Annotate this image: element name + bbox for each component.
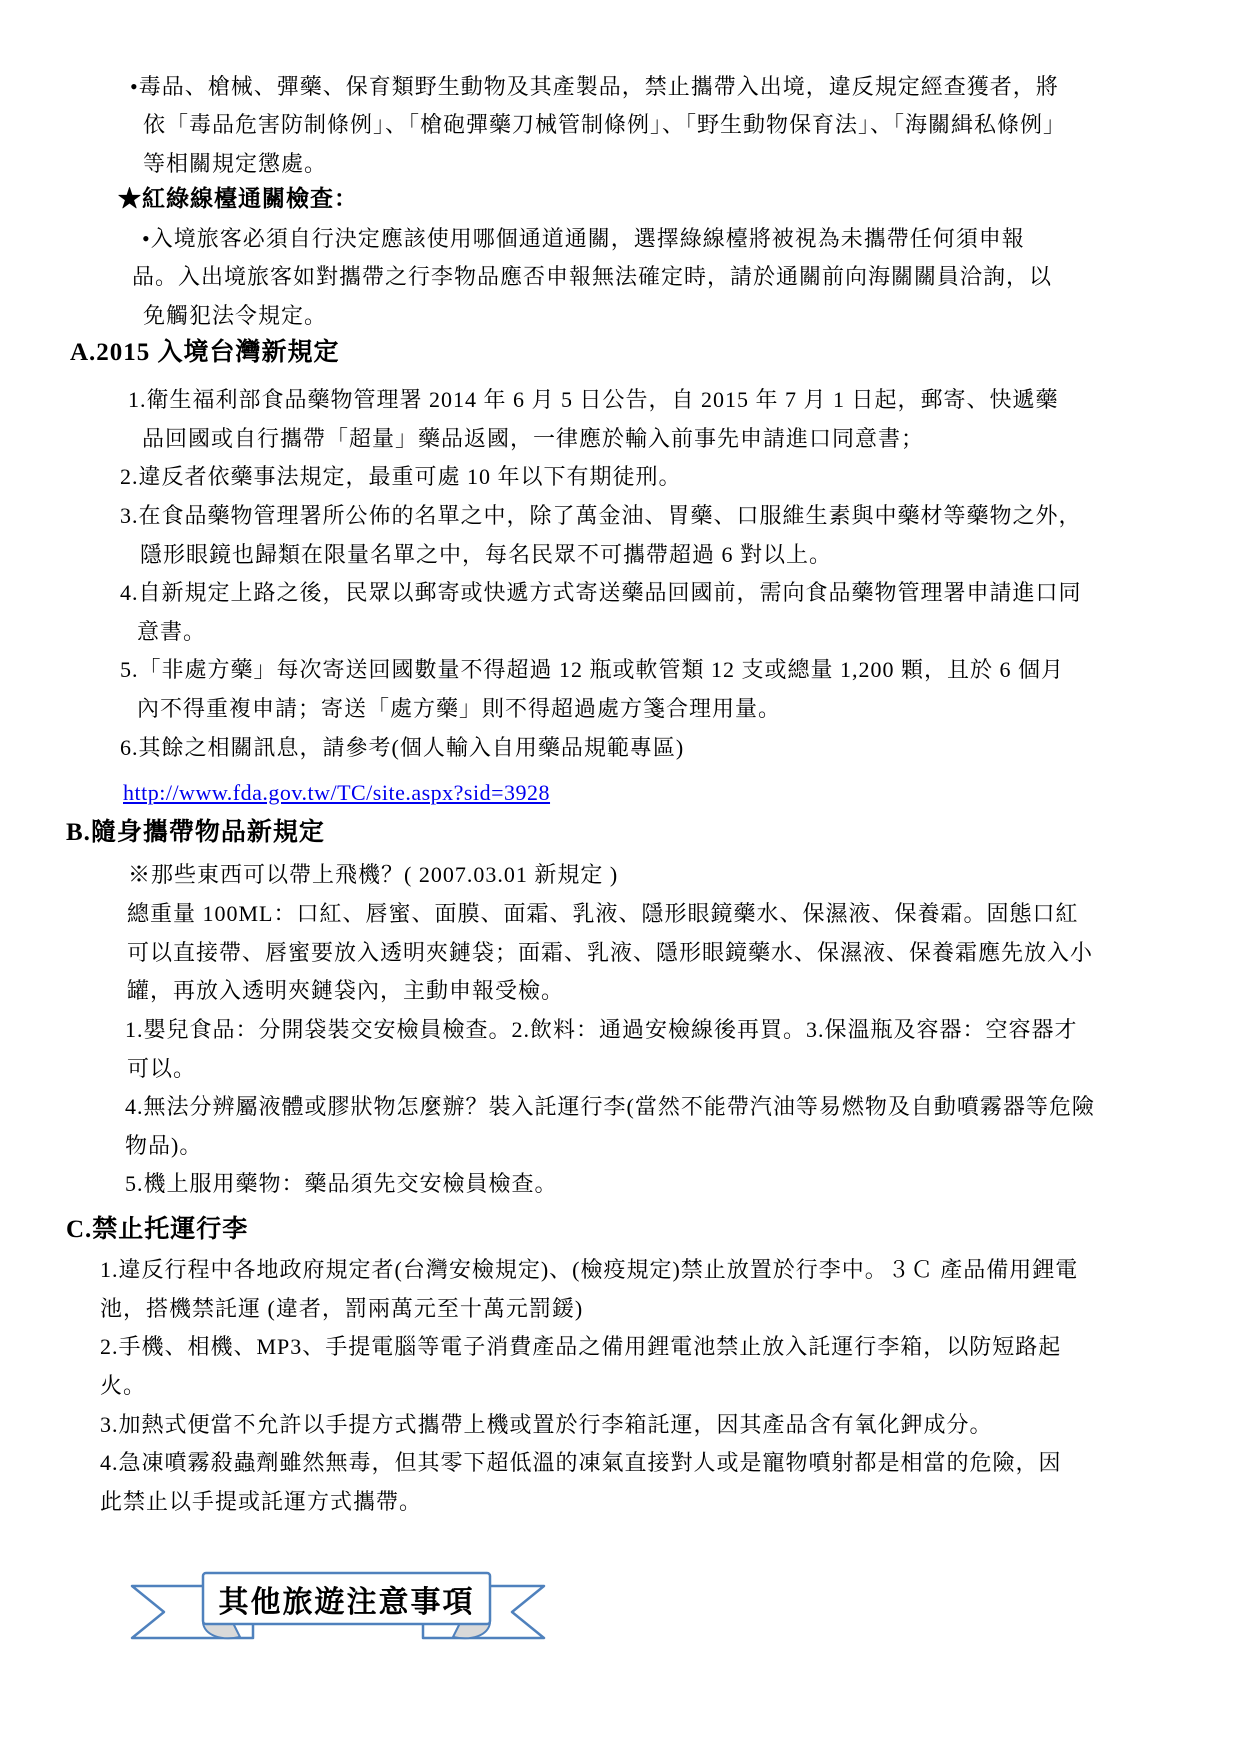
section-a-line-4: 3.在食品藥物管理署所公佈的名單之中，除了萬金油、胃藥、口服維生素與中藥材等藥物…: [120, 501, 1082, 531]
section-b-line-4: 罐，再放入透明夾鏈袋內，主動申報受檢。: [127, 976, 564, 1006]
other-notes-banner: 其他旅遊注意事項: [118, 1566, 558, 1646]
intro-bullet-line-3: 等相關規定懲處。: [143, 149, 327, 179]
section-c-line-4: 火。: [100, 1371, 146, 1401]
section-c-line-7: 此禁止以手提或託運方式攜帶。: [100, 1487, 422, 1517]
section-b-line-9: 5.機上服用藥物：藥品須先交安檢員檢查。: [125, 1169, 558, 1199]
section-b-line-5: 1.嬰兒食品：分開袋裝交安檢員檢查。2.飲料：通過安檢線後再買。3.保溫瓶及容器…: [125, 1015, 1078, 1045]
section-b-line-8: 物品)。: [125, 1131, 202, 1161]
document-page: •毒品、槍械、彈藥、保育類野生動物及其產製品，禁止攜帶入出境，違反規定經查獲者，…: [0, 0, 1241, 1755]
section-a-heading: A.2015 入境台灣新規定: [70, 337, 340, 369]
section-a-line-10: 6.其餘之相關訊息，請參考(個人輸入自用藥品規範專區): [120, 733, 684, 763]
banner-title: 其他旅遊注意事項: [203, 1573, 490, 1624]
channel-check-line-3: 免觸犯法令規定。: [143, 301, 327, 331]
section-a-line-8: 5.「非處方藥」每次寄送回國數量不得超過 12 瓶或軟管類 12 支或總量 1,…: [120, 655, 1064, 685]
section-c-heading: C.禁止托運行李: [66, 1214, 248, 1246]
section-c-line-6: 4.急凍噴霧殺蟲劑雖然無毒，但其零下超低溫的凍氣直接對人或是寵物噴射都是相當的危…: [100, 1448, 1062, 1478]
section-b-heading: B.隨身攜帶物品新規定: [66, 817, 325, 849]
channel-check-heading: ★紅綠線檯通關檢查：: [118, 184, 358, 214]
section-a-line-2: 品回國或自行攜帶「超量」藥品返國，一律應於輸入前事先申請進口同意書；: [142, 424, 924, 454]
channel-check-line-1: •入境旅客必須自行決定應該使用哪個通道通關，選擇綠線檯將被視為未攜帶任何須申報: [142, 224, 1025, 254]
section-c-line-1: 1.違反行程中各地政府規定者(台灣安檢規定)、(檢疫規定)禁止放置於行李中。３Ｃ…: [100, 1255, 1078, 1285]
section-a-line-9: 內不得重複申請；寄送「處方藥」則不得超過處方箋合理用量。: [137, 694, 781, 724]
section-c-line-2: 池，搭機禁託運 (違者，罰兩萬元至十萬元罰鍰): [100, 1294, 583, 1324]
section-b-line-7: 4.無法分辨屬液體或膠狀物怎麼辦？裝入託運行李(當然不能帶汽油等易燃物及自動噴霧…: [125, 1092, 1095, 1122]
section-a-line-7: 意書。: [137, 617, 206, 647]
channel-check-line-2: 品。入出境旅客如對攜帶之行李物品應否申報無法確定時，請於通關前向海關關員洽詢，以: [132, 262, 1052, 292]
section-c-line-5: 3.加熱式便當不允許以手提方式攜帶上機或置於行李箱託運，因其產品含有氧化鉀成分。: [100, 1410, 993, 1440]
section-b-line-3: 可以直接帶、唇蜜要放入透明夾鏈袋；面霜、乳液、隱形眼鏡藥水、保濕液、保養霜應先放…: [127, 938, 1093, 968]
section-b-line-1: ※那些東西可以帶上飛機？( 2007.03.01 新規定 ): [128, 860, 618, 890]
section-b-line-6: 可以。: [127, 1054, 196, 1084]
fda-link[interactable]: http://www.fda.gov.tw/TC/site.aspx?sid=3…: [123, 778, 550, 808]
section-b-line-2: 總重量 100ML：口紅、唇蜜、面膜、面霜、乳液、隱形眼鏡藥水、保濕液、保養霜。…: [127, 899, 1079, 929]
intro-bullet-line-1: •毒品、槍械、彈藥、保育類野生動物及其產製品，禁止攜帶入出境，違反規定經查獲者，…: [130, 72, 1059, 102]
section-a-line-5: 隱形眼鏡也歸類在限量名單之中，每名民眾不可攜帶超過 6 對以上。: [140, 540, 832, 570]
section-a-line-6: 4.自新規定上路之後，民眾以郵寄或快遞方式寄送藥品回國前，需向食品藥物管理署申請…: [120, 578, 1082, 608]
intro-bullet-line-2: 依「毒品危害防制條例」、「槍砲彈藥刀械管制條例」、「野生動物保育法」、「海關緝私…: [143, 110, 1066, 140]
section-a-line-1: 1.衛生福利部食品藥物管理署 2014 年 6 月 5 日公告，自 2015 年…: [128, 385, 1059, 415]
section-a-line-3: 2.違反者依藥事法規定，最重可處 10 年以下有期徒刑。: [120, 462, 682, 492]
section-c-line-3: 2.手機、相機、MP3、手提電腦等電子消費產品之備用鋰電池禁止放入託運行李箱，以…: [100, 1332, 1061, 1362]
